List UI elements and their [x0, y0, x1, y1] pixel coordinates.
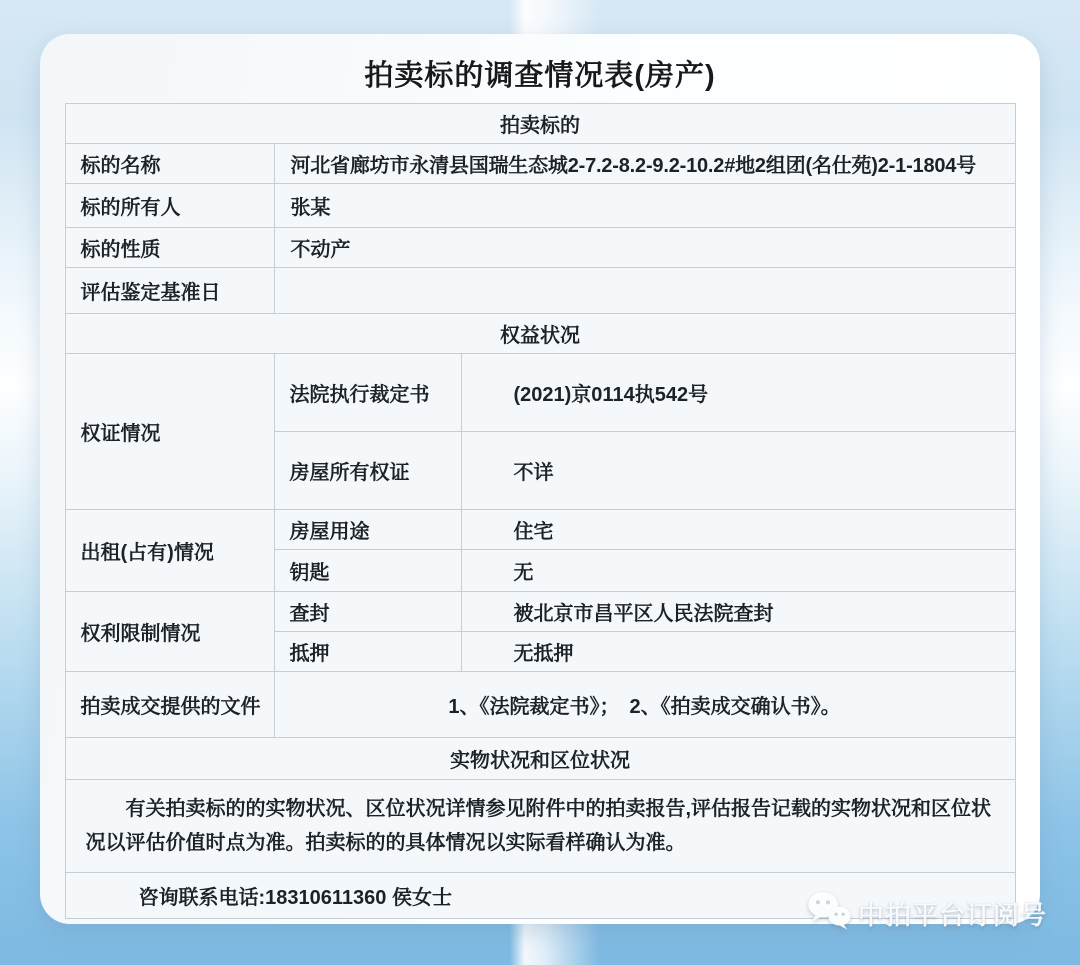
table-row: 咨询联系电话:18310611360 侯女士: [65, 873, 1015, 919]
sub-label-seizure: 查封: [274, 592, 461, 632]
sub-value-keys: 无: [461, 550, 1015, 592]
row-label-subject-name: 标的名称: [65, 144, 274, 184]
section-header-row: 权益状况: [65, 314, 1015, 354]
table-row: 有关拍卖标的的实物状况、区位状况详情参见附件中的拍卖报告,评估报告记载的实物状况…: [65, 780, 1015, 873]
sub-value-ownership-cert: 不详: [461, 432, 1015, 510]
sub-value-mortgage: 无抵押: [461, 632, 1015, 672]
row-value-transaction-documents: 1、《法院裁定书》； 2、《拍卖成交确认书》。: [274, 672, 1015, 738]
sub-value-house-usage: 住宅: [461, 510, 1015, 550]
table-row: 标的所有人 张某: [65, 184, 1015, 228]
group-label-lease-occupancy: 出租(占有)情况: [65, 510, 274, 592]
group-label-rights-restriction: 权利限制情况: [65, 592, 274, 672]
section-header-physical-location: 实物状况和区位状况: [65, 738, 1015, 780]
table-row: 拍卖成交提供的文件 1、《法院裁定书》； 2、《拍卖成交确认书》。: [65, 672, 1015, 738]
row-value-appraisal-base-date: [274, 268, 1015, 314]
table-row: 标的性质 不动产: [65, 228, 1015, 268]
sub-label-court-ruling: 法院执行裁定书: [274, 354, 461, 432]
remark-paragraph: 有关拍卖标的的实物状况、区位状况详情参见附件中的拍卖报告,评估报告记载的实物状况…: [65, 780, 1015, 873]
sub-label-ownership-cert: 房屋所有权证: [274, 432, 461, 510]
row-label-subject-owner: 标的所有人: [65, 184, 274, 228]
document-card: 拍卖标的调查情况表(房产) 拍卖标的 标的名称 河北省廊坊市永清县国瑞生态城2-…: [40, 34, 1040, 924]
table-row: 权利限制情况 查封 被北京市昌平区人民法院查封: [65, 592, 1015, 632]
section-header-row: 拍卖标的: [65, 104, 1015, 144]
sub-value-court-ruling: (2021)京0114执542号: [461, 354, 1015, 432]
contact-phone-line: 咨询联系电话:18310611360 侯女士: [65, 873, 1015, 919]
sub-value-seizure: 被北京市昌平区人民法院查封: [461, 592, 1015, 632]
auction-info-table: 拍卖标的 标的名称 河北省廊坊市永清县国瑞生态城2-7.2-8.2-9.2-10…: [65, 103, 1016, 919]
group-label-certificates: 权证情况: [65, 354, 274, 510]
page-title: 拍卖标的调查情况表(房产): [40, 34, 1040, 103]
row-value-subject-nature: 不动产: [274, 228, 1015, 268]
table-row: 出租(占有)情况 房屋用途 住宅: [65, 510, 1015, 550]
row-label-transaction-documents: 拍卖成交提供的文件: [65, 672, 274, 738]
section-header-row: 实物状况和区位状况: [65, 738, 1015, 780]
section-header-auction-subject: 拍卖标的: [65, 104, 1015, 144]
row-label-subject-nature: 标的性质: [65, 228, 274, 268]
section-header-rights-status: 权益状况: [65, 314, 1015, 354]
sub-label-house-usage: 房屋用途: [274, 510, 461, 550]
row-value-subject-name: 河北省廊坊市永清县国瑞生态城2-7.2-8.2-9.2-10.2#地2组团(名仕…: [274, 144, 1015, 184]
sub-label-keys: 钥匙: [274, 550, 461, 592]
table-row: 权证情况 法院执行裁定书 (2021)京0114执542号: [65, 354, 1015, 432]
sub-label-mortgage: 抵押: [274, 632, 461, 672]
row-label-appraisal-base-date: 评估鉴定基准日: [65, 268, 274, 314]
table-row: 评估鉴定基准日: [65, 268, 1015, 314]
row-value-subject-owner: 张某: [274, 184, 1015, 228]
table-row: 标的名称 河北省廊坊市永清县国瑞生态城2-7.2-8.2-9.2-10.2#地2…: [65, 144, 1015, 184]
